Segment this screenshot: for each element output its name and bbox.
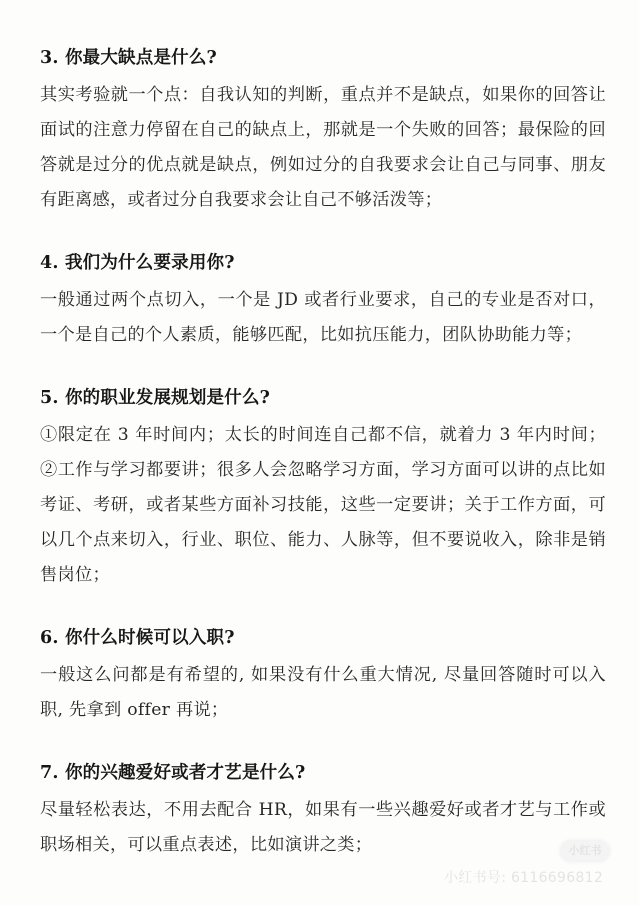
question-6-section: 6. 你什么时候可以入职? 一般这么问都是有希望的, 如果没有什么重大情况, 尽… [40,626,606,728]
question-5-section: 5. 你的职业发展规划是什么? ①限定在 3 年时间内；太长的时间连自己都不信，… [40,386,606,593]
question-4-section: 4. 我们为什么要录用你? 一般通过两个点切入，一个是 JD 或者行业要求，自己… [40,251,606,353]
xiaohongshu-id-watermark: 小红书号: 6116696812 [444,867,603,887]
question-7-title: 7. 你的兴趣爱好或者才艺是什么? [40,761,606,785]
question-3-answer: 其实考验就一个点：自我认知的判断，重点并不是缺点，如果你的回答让面试的注意力停留… [40,78,606,218]
question-7-section: 7. 你的兴趣爱好或者才艺是什么? 尽量轻松表达，不用去配合 HR，如果有一些兴… [40,761,606,863]
question-6-answer: 一般这么问都是有希望的, 如果没有什么重大情况, 尽量回答随时可以入职, 先拿到… [40,658,606,728]
question-4-answer: 一般通过两个点切入，一个是 JD 或者行业要求，自己的专业是否对口，一个是自己的… [40,283,606,353]
xiaohongshu-logo-watermark: 小红书 [560,840,610,862]
question-7-answer: 尽量轻松表达，不用去配合 HR，如果有一些兴趣爱好或者才艺与工作或职场相关，可以… [40,793,606,863]
question-3-section: 3. 你最大缺点是什么? 其实考验就一个点：自我认知的判断，重点并不是缺点，如果… [40,46,606,218]
document-page: 3. 你最大缺点是什么? 其实考验就一个点：自我认知的判断，重点并不是缺点，如果… [40,46,606,896]
question-4-title: 4. 我们为什么要录用你? [40,251,606,275]
question-6-title: 6. 你什么时候可以入职? [40,626,606,650]
question-3-title: 3. 你最大缺点是什么? [40,46,606,70]
question-5-answer: ①限定在 3 年时间内；太长的时间连自己都不信，就着力 3 年内时间；②工作与学… [40,418,606,593]
question-5-title: 5. 你的职业发展规划是什么? [40,386,606,410]
